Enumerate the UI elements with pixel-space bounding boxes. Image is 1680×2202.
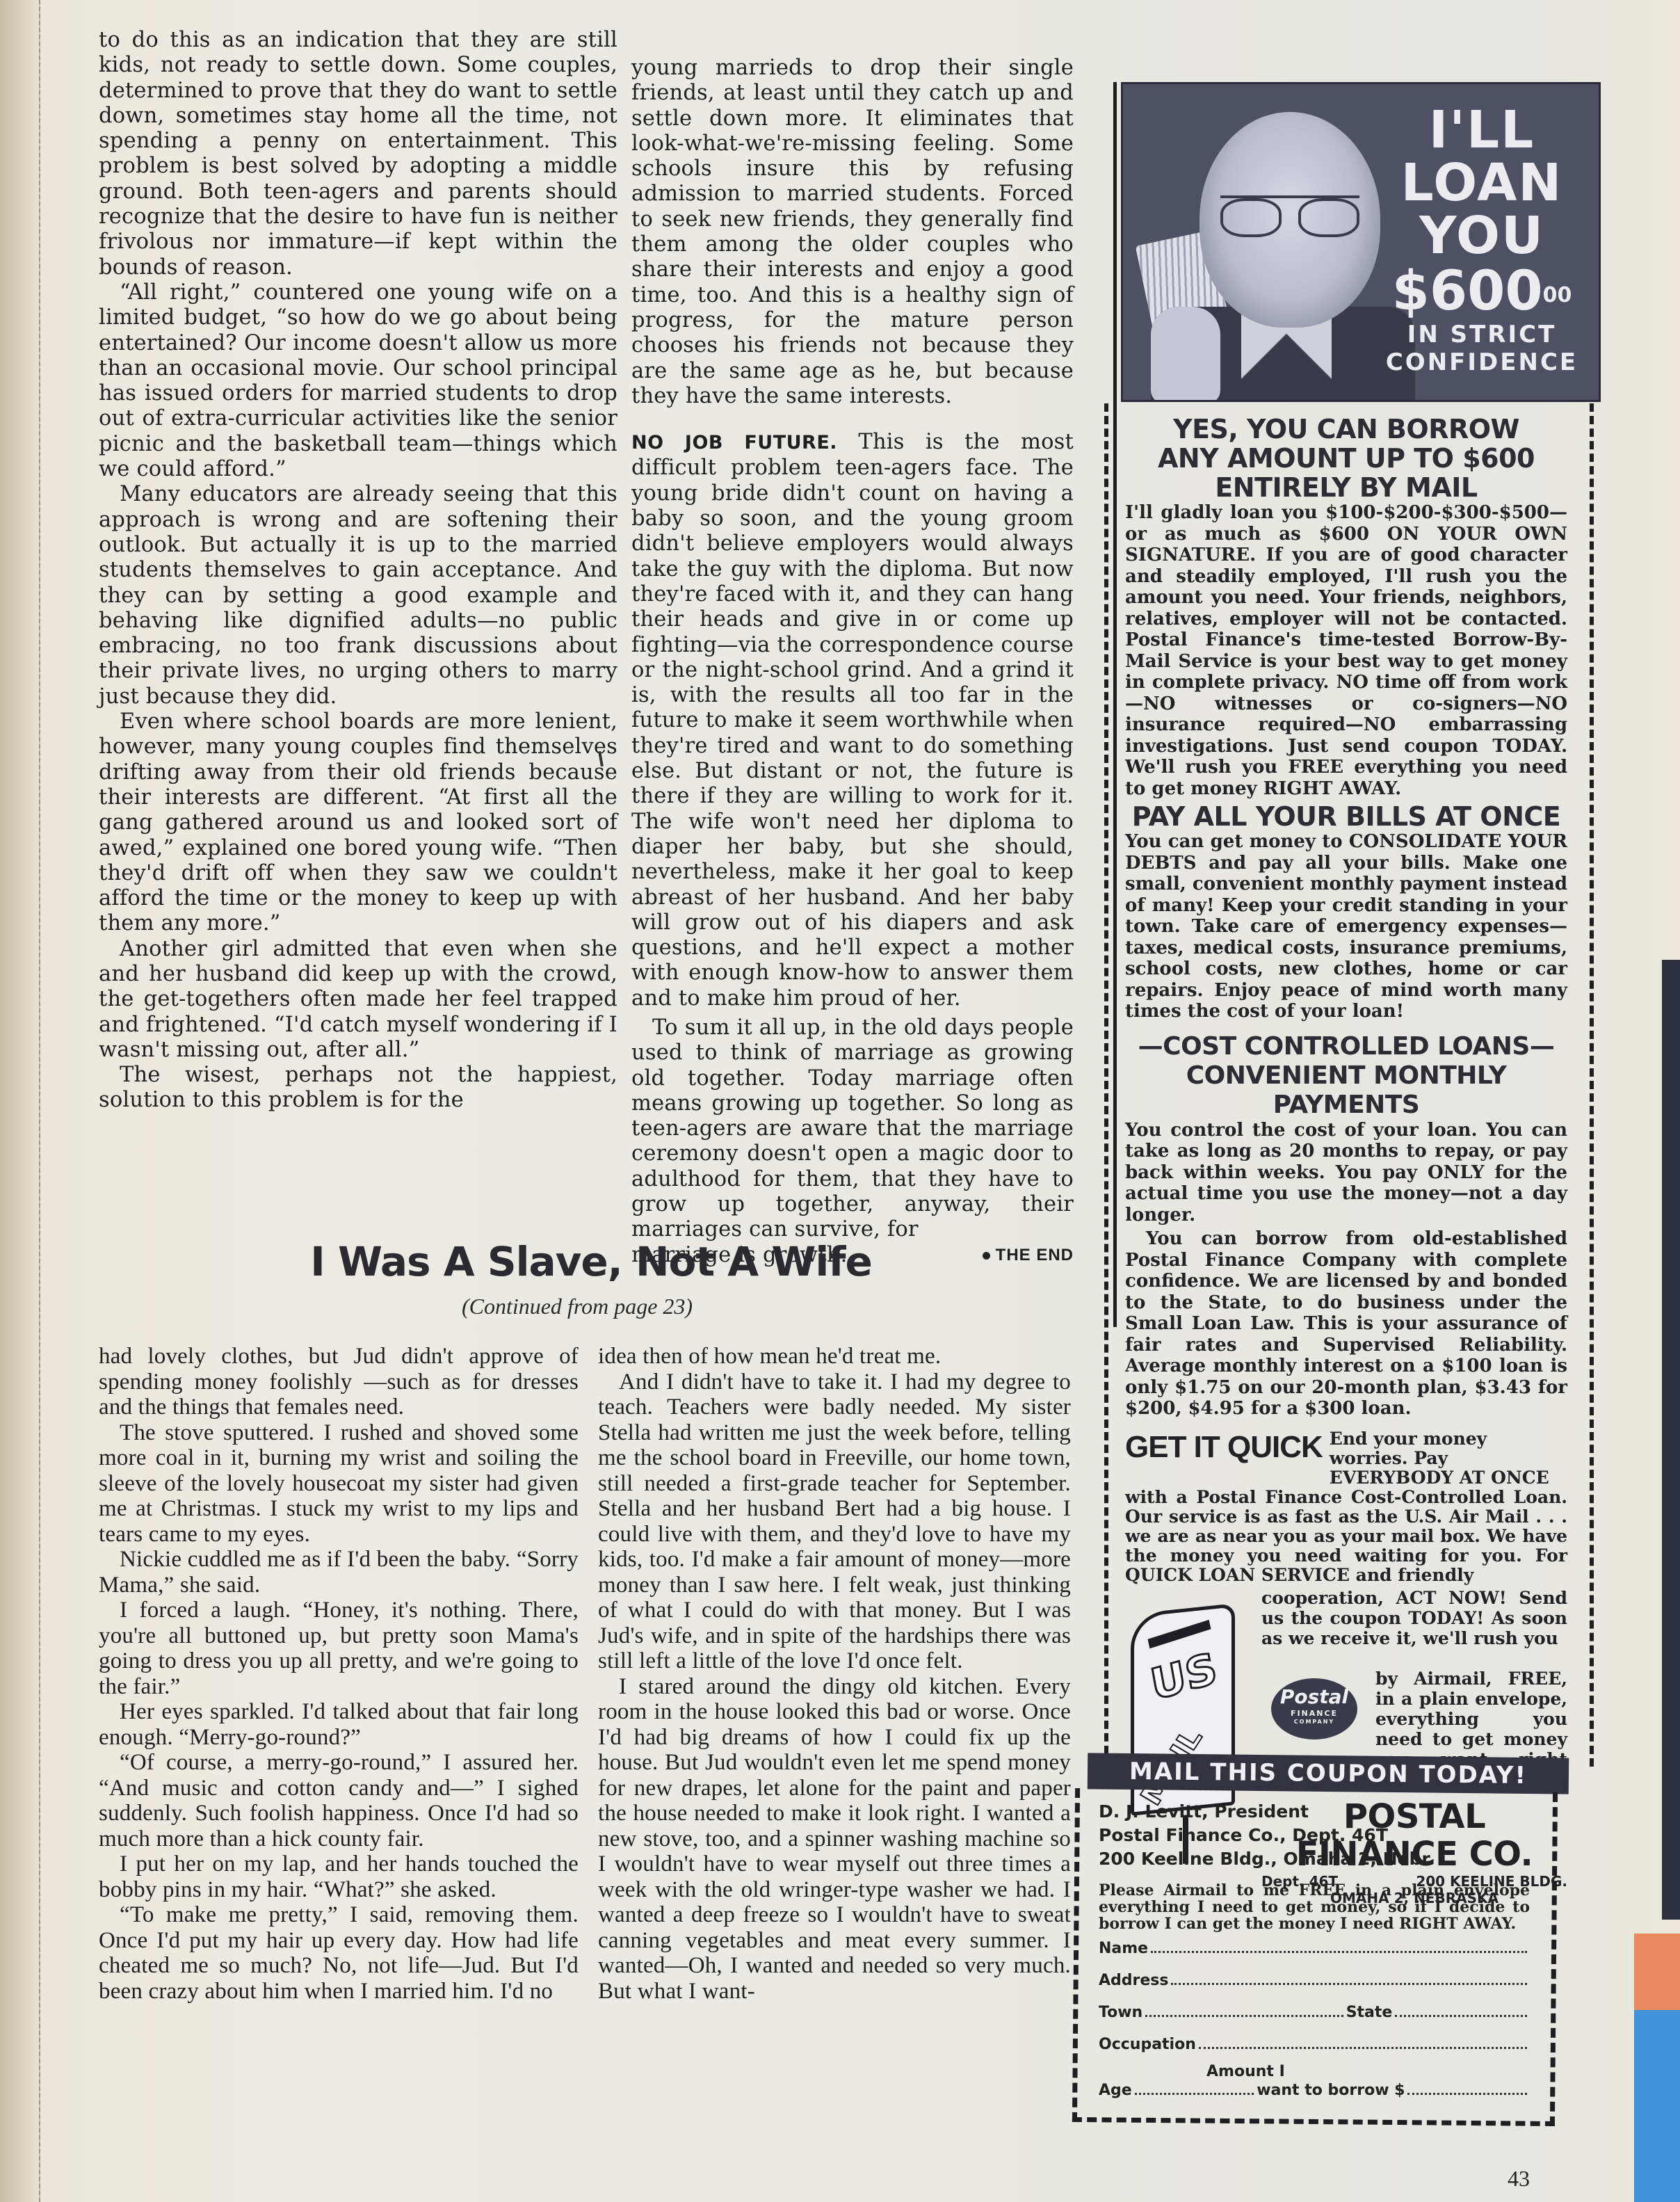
logo-line: FINANCE xyxy=(1271,1709,1357,1719)
edge-stripe-dark xyxy=(1662,960,1680,1920)
continued-from-note: (Continued from page 23) xyxy=(389,1294,765,1319)
paragraph-text: This is the most difficult problem teen-… xyxy=(631,430,1074,1011)
paragraph: Even where school boards are more lenien… xyxy=(99,709,617,937)
paragraph: “To make me pretty,” I said, removing th… xyxy=(99,1902,579,2004)
section-subhead: NO JOB FUTURE. xyxy=(631,432,837,453)
field-label: State xyxy=(1346,1998,1393,2028)
coupon-banner: MAIL THIS COUPON TODAY! xyxy=(1088,1753,1569,1794)
tagline-line: CONFIDENCE xyxy=(1378,348,1586,376)
field-label: Age xyxy=(1099,2075,1132,2106)
edge-stripe-blue xyxy=(1634,2010,1680,2202)
tagline-line: IN STRICT xyxy=(1378,321,1586,348)
town-input-line[interactable] xyxy=(1145,2002,1343,2017)
article-column-1: to do this as an indication that they ar… xyxy=(99,28,617,1114)
story-title: I Was A Slave, Not A Wife xyxy=(306,1238,876,1285)
headline-line: LOAN xyxy=(1378,156,1586,209)
age-amount-field[interactable]: Age want to borrow $ xyxy=(1099,2075,1530,2106)
ad-photo-headline: I'LL LOAN YOU $60000 IN STRICT CONFIDENC… xyxy=(1378,104,1586,376)
town-state-field[interactable]: Town State xyxy=(1099,1998,1530,2028)
address-field[interactable]: Address xyxy=(1099,1966,1530,1996)
paragraph: Nickie cuddled me as if I'd been the bab… xyxy=(99,1547,579,1598)
paragraph: to do this as an indication that they ar… xyxy=(99,28,617,280)
the-end-mark: THE END xyxy=(983,1243,1074,1268)
ad-paragraph: You can get money to CONSOLIDATE YOUR DE… xyxy=(1125,831,1567,1022)
story-column-2: idea then of how mean he'd treat me. And… xyxy=(598,1344,1071,2004)
amount-input-line[interactable] xyxy=(1407,2080,1527,2095)
headline-line: I'LL xyxy=(1378,104,1586,156)
paragraph: I put her on my lap, and her hands touch… xyxy=(99,1851,579,1902)
magazine-page: to do this as an indication that they ar… xyxy=(0,0,1680,2202)
ad-heading-borrow: YES, YOU CAN BORROW ANY AMOUNT UP TO $60… xyxy=(1125,415,1567,502)
coupon-addressee: D. J. Levitt, President Postal Finance C… xyxy=(1099,1800,1530,1871)
ad-heading-bills: PAY ALL YOUR BILLS AT ONCE xyxy=(1125,802,1567,831)
paragraph: The wisest, perhaps not the happiest, so… xyxy=(99,1063,617,1114)
paragraph: had lovely clothes, but Jud didn't appro… xyxy=(99,1344,579,1420)
age-input-line[interactable] xyxy=(1135,2080,1254,2095)
hand-shape xyxy=(1151,307,1220,402)
ad-paragraph: I'll gladly loan you $100-$200-$300-$500… xyxy=(1125,502,1567,799)
paragraph: To sum it all up, in the old days people… xyxy=(631,1015,1074,1243)
paragraph: Her eyes sparkled. I'd talked about that… xyxy=(99,1699,579,1750)
name-field[interactable]: Name xyxy=(1099,1934,1530,1964)
amount-dollars: $600 xyxy=(1392,260,1543,323)
paragraph: idea then of how mean he'd treat me. xyxy=(598,1344,1071,1369)
bullet-icon xyxy=(983,1252,990,1260)
spacer xyxy=(1125,1422,1567,1429)
name-input-line[interactable] xyxy=(1151,1938,1527,1953)
get-it-quick-lead: End your money worries. Pay EVERYBODY AT… xyxy=(1330,1429,1567,1488)
mailbox-slot xyxy=(1148,1619,1211,1648)
field-label: want to borrow $ xyxy=(1257,2075,1405,2106)
ad-heading-cost-controlled: —COST CONTROLLED LOANS— CONVENIENT MONTH… xyxy=(1125,1032,1567,1120)
paragraph: “All right,” countered one young wife on… xyxy=(99,280,617,482)
ad-photo-banner: I'LL LOAN YOU $60000 IN STRICT CONFIDENC… xyxy=(1121,82,1601,402)
paragraph-no-job-future: NO JOB FUTURE. This is the most difficul… xyxy=(631,430,1074,1011)
get-it-quick-heading: GET IT QUICK xyxy=(1125,1429,1323,1465)
logo-line: Postal xyxy=(1271,1685,1357,1709)
loan-amount: $60000 xyxy=(1378,262,1586,321)
field-label: Name xyxy=(1099,1934,1148,1964)
addressee-line: 200 Keeline Bldg., Omaha 2, Nebr. xyxy=(1099,1847,1530,1871)
story-column-1: had lovely clothes, but Jud didn't appro… xyxy=(99,1344,579,2004)
postal-finance-logo: Postal FINANCE COMPANY xyxy=(1271,1678,1357,1739)
logo-line: COMPANY xyxy=(1271,1719,1357,1726)
addressee-line: Postal Finance Co., Dept. 46T xyxy=(1099,1824,1530,1847)
ad-paragraph: You can borrow from old-established Post… xyxy=(1125,1228,1567,1420)
field-label: Address xyxy=(1099,1966,1168,1996)
article-column-2: young marrieds to drop their single frie… xyxy=(631,56,1074,1268)
ad-paragraph: You control the cost of your loan. You c… xyxy=(1125,1120,1567,1226)
page-number: 43 xyxy=(1508,2166,1530,2192)
the-end-label: THE END xyxy=(996,1246,1074,1264)
mailbox-us-label: US xyxy=(1149,1657,1218,1696)
edge-stripe-orange xyxy=(1634,1934,1680,2010)
ad-copy: YES, YOU CAN BORROW ANY AMOUNT UP TO $60… xyxy=(1125,415,1567,1936)
paragraph: The stove sputtered. I rushed and shoved… xyxy=(99,1420,579,1548)
paragraph: “Of course, a merry-go-round,” I assured… xyxy=(99,1750,579,1851)
adjacent-page-edge xyxy=(1634,960,1680,2202)
field-label: Town xyxy=(1099,1998,1142,2028)
heading-line: ENTIRELY BY MAIL xyxy=(1125,473,1567,502)
ad-paragraph: with a Postal Finance Cost-Controlled Lo… xyxy=(1125,1488,1567,1585)
paragraph: young marrieds to drop their single frie… xyxy=(631,56,1074,409)
occupation-input-line[interactable] xyxy=(1199,2034,1527,2049)
amount-cents: 00 xyxy=(1543,283,1572,307)
binding-gutter xyxy=(0,0,40,2202)
coupon-request-text: Please Airmail to me FREE in a plain env… xyxy=(1099,1882,1530,1932)
field-label: Occupation xyxy=(1099,2030,1196,2060)
address-input-line[interactable] xyxy=(1171,1970,1527,1985)
paragraph: And I didn't have to take it. I had my d… xyxy=(598,1369,1071,1674)
addressee-line: D. J. Levitt, President xyxy=(1099,1800,1530,1824)
heading-line: —COST CONTROLLED LOANS— xyxy=(1125,1032,1567,1061)
heading-line: ANY AMOUNT UP TO $600 xyxy=(1125,444,1567,473)
occupation-field[interactable]: Occupation xyxy=(1099,2030,1530,2060)
paragraph: I forced a laugh. “Honey, it's nothing. … xyxy=(99,1598,579,1699)
headline-line: YOU xyxy=(1378,209,1586,262)
spacer xyxy=(1125,1025,1567,1032)
paragraph: Another girl admitted that even when she… xyxy=(99,937,617,1063)
paragraph: Many educators are already seeing that t… xyxy=(99,482,617,709)
paragraph: I stared around the dingy old kitchen. E… xyxy=(598,1674,1071,2004)
state-input-line[interactable] xyxy=(1395,2002,1527,2017)
eyeglasses-icon xyxy=(1220,195,1359,237)
ad-paragraph: cooperation, ACT NOW! Send us the coupon… xyxy=(1261,1588,1567,1648)
mail-coupon-form: D. J. Levitt, President Postal Finance C… xyxy=(1099,1800,1530,2106)
heading-line: YES, YOU CAN BORROW xyxy=(1125,415,1567,444)
heading-line: CONVENIENT MONTHLY PAYMENTS xyxy=(1125,1061,1567,1120)
get-it-quick-block: GET IT QUICK End your money worries. Pay… xyxy=(1125,1429,1567,1488)
